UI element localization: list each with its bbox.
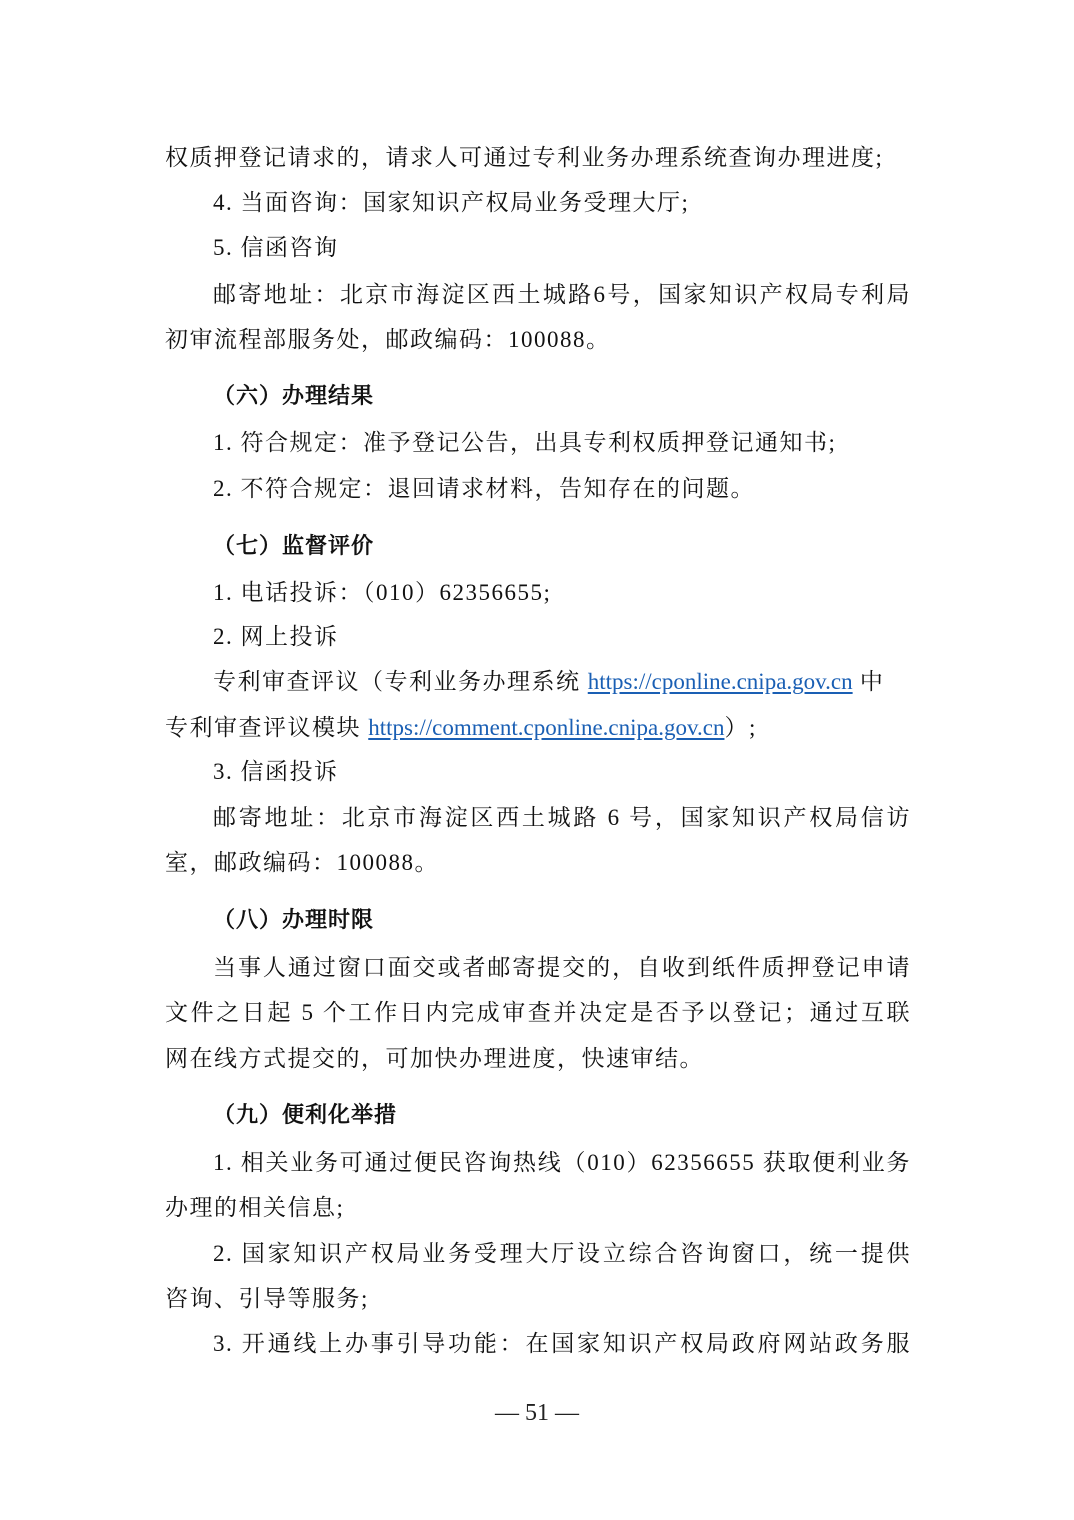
mailing-address-line: 邮寄地址：北京市海淀区西土城路6号，国家知识产权局专利局 bbox=[213, 280, 911, 310]
complaint-phone: 1. 电话投诉：（010）62356655; bbox=[213, 578, 911, 608]
list-item-letter-consult: 5. 信函咨询 bbox=[213, 233, 911, 263]
cponline-link[interactable]: https://cponline.cnipa.gov.cn bbox=[588, 669, 853, 694]
text: 中 bbox=[860, 669, 885, 694]
paragraph-line: 权质押登记请求的，请求人可通过专利业务办理系统查询办理进度; bbox=[165, 143, 911, 173]
page-number: — 51 — bbox=[0, 1398, 1074, 1428]
section-heading-time-limit: （八）办理时限 bbox=[213, 906, 374, 936]
paragraph-line: 当事人通过窗口面交或者邮寄提交的，自收到纸件质押登记申请 bbox=[213, 953, 911, 983]
list-item: 咨询、引导等服务; bbox=[165, 1284, 911, 1314]
list-item-in-person-consult: 4. 当面咨询：国家知识产权局业务受理大厅; bbox=[213, 188, 911, 218]
letter-address-line: 室，邮政编码：100088。 bbox=[165, 848, 911, 878]
mailing-address-line: 初审流程部服务处，邮政编码：100088。 bbox=[165, 325, 911, 355]
paragraph-line: 网在线方式提交的，可加快办理进度，快速审结。 bbox=[165, 1044, 911, 1074]
online-complaint-line: 专利审查评议模块 https://comment.cponline.cnipa.… bbox=[165, 713, 911, 743]
list-item: 2. 不符合规定：退回请求材料，告知存在的问题。 bbox=[213, 474, 911, 504]
text: ）; bbox=[724, 715, 756, 740]
list-item: 1. 符合规定：准予登记公告，出具专利权质押登记通知书; bbox=[213, 428, 911, 458]
list-item: 办理的相关信息; bbox=[165, 1193, 911, 1223]
letter-address-line: 邮寄地址：北京市海淀区西土城路 6 号，国家知识产权局信访 bbox=[213, 803, 911, 833]
online-complaint-title: 2. 网上投诉 bbox=[213, 622, 911, 652]
text: 专利审查评议模块 bbox=[165, 715, 361, 740]
list-item: 2. 国家知识产权局业务受理大厅设立综合咨询窗口，统一提供 bbox=[213, 1239, 911, 1269]
section-heading-facilitation: （九）便利化举措 bbox=[213, 1101, 397, 1131]
list-item: 3. 开通线上办事引导功能：在国家知识产权局政府网站政务服 bbox=[213, 1329, 911, 1359]
online-complaint-line: 专利审查评议（专利业务办理系统 https://cponline.cnipa.g… bbox=[213, 667, 911, 697]
letter-complaint-title: 3. 信函投诉 bbox=[213, 757, 911, 787]
text: 专利审查评议（专利业务办理系统 bbox=[213, 669, 581, 694]
comment-link[interactable]: https://comment.cponline.cnipa.gov.cn bbox=[368, 715, 724, 740]
document-page: 权质押登记请求的，请求人可通过专利业务办理系统查询办理进度; 4. 当面咨询：国… bbox=[0, 0, 1074, 1520]
section-heading-results: （六）办理结果 bbox=[213, 382, 374, 412]
list-item: 1. 相关业务可通过便民咨询热线（010）62356655 获取便利业务 bbox=[213, 1148, 911, 1178]
paragraph-line: 文件之日起 5 个工作日内完成审查并决定是否予以登记；通过互联 bbox=[165, 998, 911, 1028]
section-heading-supervision: （七）监督评价 bbox=[213, 532, 374, 562]
